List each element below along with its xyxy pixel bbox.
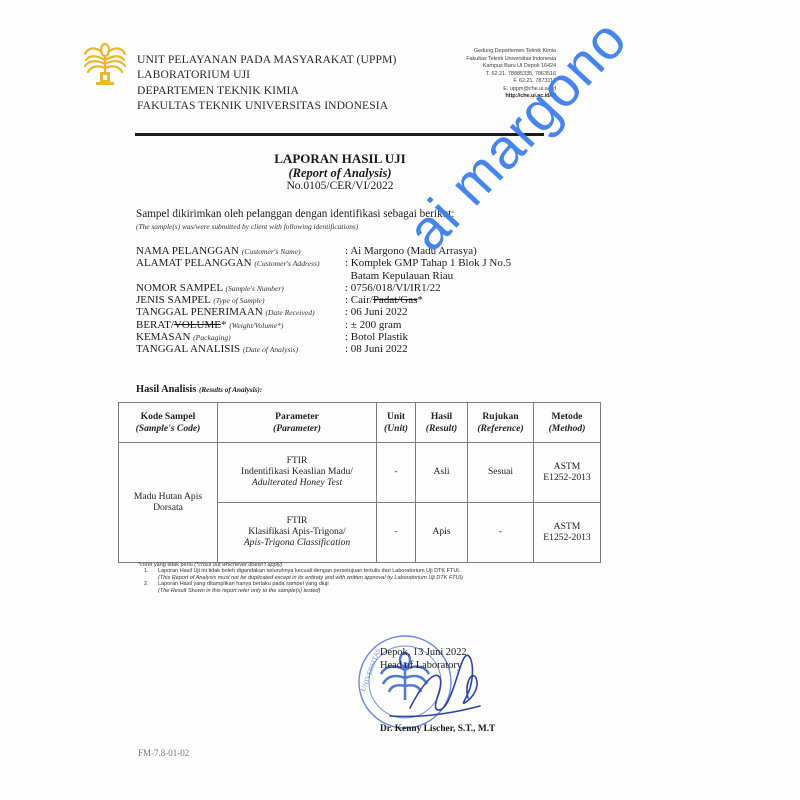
field-value: : Cair/Padat/Gas*	[345, 294, 423, 306]
field-label: NOMOR SAMPEL (Sample's Number)	[136, 282, 284, 295]
col-reference: Rujukan(Reference)	[468, 403, 534, 443]
title-main: LAPORAN HASIL UJI	[220, 151, 460, 166]
field-label: TANGGAL ANALISIS (Date of Analysis)	[136, 343, 298, 356]
note-item: 1. Laporan Hasil Uji ini tidak boleh dig…	[144, 568, 564, 581]
struck-text: Padat/Gas	[373, 294, 418, 306]
svg-text:UNIVERSITAS: UNIVERSITAS	[359, 647, 382, 692]
cell-parameter: FTIR Indentifikasi Keaslian Madu/ Adulte…	[218, 443, 377, 503]
note-item: 2. Laporan Hasil yang ditampilkan hanya …	[144, 581, 564, 594]
field-value: : Ai Margono (Madu Arrasya)	[345, 245, 477, 257]
form-code: FM-7.8-01-02	[138, 748, 189, 758]
col-sample-code: Kode Sampel(Sample's Code)	[119, 403, 218, 443]
col-result: Hasil(Result)	[416, 403, 468, 443]
field-label: BERAT/VOLUME* (Weight/Volume*)	[136, 319, 283, 332]
col-parameter: Parameter(Parameter)	[218, 403, 377, 443]
field-value: : 08 Juni 2022	[345, 343, 408, 355]
field-label: NAMA PELANGGAN (Customer's Name)	[136, 245, 301, 258]
results-heading: Hasil Analisis (Results of Analysis):	[136, 384, 262, 395]
title-english: (Report of Analysis)	[220, 166, 460, 180]
footnotes: *coret yang tidak perlu (*cross out whic…	[138, 562, 564, 594]
cell-unit: -	[377, 443, 416, 503]
cell-method: ASTM E1252-2013	[534, 503, 601, 563]
contact-line: Gedung Departemen Teknik Kimia	[466, 48, 556, 56]
field-value: : ± 200 gram	[345, 319, 401, 331]
field-value: : 06 Juni 2022	[345, 306, 408, 318]
table-header-row: Kode Sampel(Sample's Code) Parameter(Par…	[119, 403, 601, 443]
field-label: JENIS SAMPEL (Type of Sample)	[136, 294, 265, 307]
field-label: KEMASAN (Packaging)	[136, 331, 231, 344]
field-value: : 0756/018/VI/IR1/22	[345, 282, 441, 294]
cell-reference: Sesuai	[468, 443, 534, 503]
col-method: Metode(Method)	[534, 403, 601, 443]
org-line: DEPARTEMEN TEKNIK KIMIA	[137, 83, 396, 98]
org-line: LABORATORIUM UJI	[137, 67, 396, 82]
cell-sample-code: Madu Hutan Apis Dorsata	[119, 443, 218, 563]
cell-result: Apis	[416, 503, 468, 563]
field-label: ALAMAT PELANGGAN (Customer's Address)	[136, 257, 319, 270]
handwritten-signature-icon	[380, 648, 500, 728]
cell-parameter: FTIR Klasifikasi Apis-Trigona/ Apis-Trig…	[218, 503, 377, 563]
cell-reference: -	[468, 503, 534, 563]
org-line: UNIT PELAYANAN PADA MASYARAKAT (UPPM)	[137, 52, 396, 67]
report-page: UNIT PELAYANAN PADA MASYARAKAT (UPPM) LA…	[0, 0, 800, 800]
cell-unit: -	[377, 503, 416, 563]
org-line: FAKULTAS TEKNIK UNIVERSITAS INDONESIA	[137, 98, 396, 113]
organization-name: UNIT PELAYANAN PADA MASYARAKAT (UPPM) LA…	[137, 52, 396, 113]
university-logo-icon	[80, 38, 130, 88]
results-table: Kode Sampel(Sample's Code) Parameter(Par…	[118, 402, 601, 563]
cell-method: ASTM E1252-2013	[534, 443, 601, 503]
struck-text: VOLUME	[174, 319, 221, 331]
field-value: : Botol Plastik	[345, 331, 408, 343]
col-unit: Unit(Unit)	[377, 403, 416, 443]
signer-name: Dr. Kenny Lischer, S.T., M.T	[380, 724, 495, 734]
table-row: Madu Hutan Apis Dorsata FTIR Indentifika…	[119, 443, 601, 503]
field-value: : Komplek GMP Tahap 1 Blok J No.5	[345, 257, 511, 269]
field-label: TANGGAL PENERIMAAN (Date Received)	[136, 306, 315, 319]
cell-result: Asli	[416, 443, 468, 503]
field-value: Batam Kepulauan Riau	[345, 270, 453, 282]
